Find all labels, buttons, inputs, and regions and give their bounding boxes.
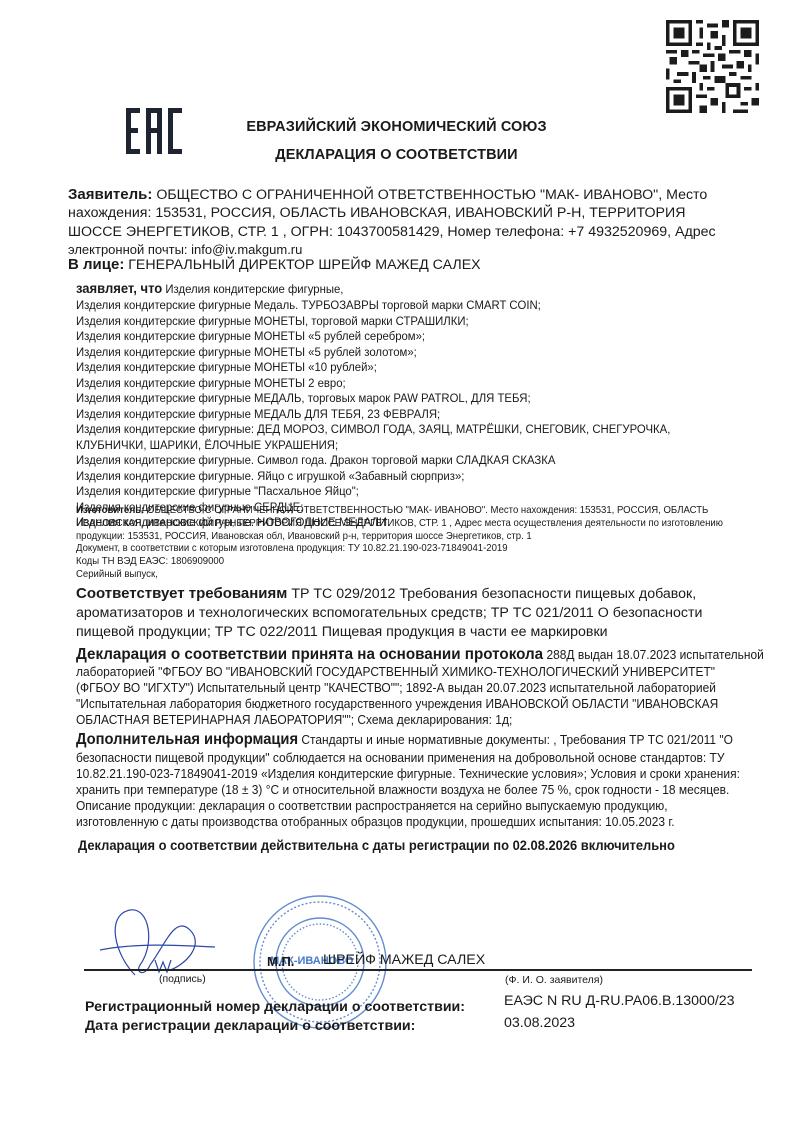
registration-date: 03.08.2023 <box>504 1015 575 1031</box>
signature-line <box>84 969 752 971</box>
seal-placeholder: М.П. <box>267 954 294 969</box>
declares-label: заявляет, что <box>76 280 162 296</box>
protocol-label: Декларация о соответствии принята на осн… <box>76 646 543 663</box>
product-item: Изделия кондитерские фигурные МОНЕТЫ «5 … <box>76 345 417 360</box>
manufacturer-document: Документ, в соответствии с которым изгот… <box>76 543 508 556</box>
compliance-label: Соответствует требованиям <box>76 585 287 602</box>
product-item: Изделия кондитерские фигурные: ДЕД МОРОЗ… <box>76 422 670 437</box>
product-item: Изделия кондитерские фигурные МОНЕТЫ, то… <box>76 314 469 329</box>
compliance-text: ТР ТС 029/2012 Требования безопасности п… <box>287 586 696 602</box>
product-item: Изделия кондитерские фигурные. Символ го… <box>76 453 555 468</box>
compliance-line: ароматизаторов и технологических вспомог… <box>76 604 702 624</box>
product-item: КЛУБНИЧКИ, ШАРИКИ, ЁЛОЧНЫЕ УКРАШЕНИЯ; <box>76 438 338 453</box>
signatory-name: ШРЕЙФ МАЖЕД САЛЕХ <box>323 952 485 968</box>
additional-line: безопасности пищевой продукции" соблюдае… <box>76 750 724 767</box>
product-item: Изделия кондитерские фигурные МОНЕТЫ «5 … <box>76 329 425 344</box>
manufacturer-text: ОБЩЕСТВО С ОГРАНИЧЕННОЙ ОТВЕТСТВЕННОСТЬЮ… <box>144 505 708 516</box>
document-title: ДЕКЛАРАЦИЯ О СООТВЕТСТВИИ <box>0 147 793 163</box>
product-item: Изделия кондитерские фигурные МЕДАЛЬ ДЛЯ… <box>76 407 440 422</box>
additional-text: Стандарты и иные нормативные документы: … <box>298 733 733 747</box>
person-text: ГЕНЕРАЛЬНЫЙ ДИРЕКТОР ШРЕЙФ МАЖЕД САЛЕХ <box>124 257 480 273</box>
product-item: Изделия кондитерские фигурные Медаль. ТУ… <box>76 298 541 313</box>
additional-line: 10.82.21.190-023-71849041-2019 «Изделия … <box>76 766 740 783</box>
registration-number-label: Регистрационный номер декларации о соотв… <box>85 999 465 1015</box>
union-heading: ЕВРАЗИЙСКИЙ ЭКОНОМИЧЕСКИЙ СОЮЗ <box>0 119 793 135</box>
protocol-line: "Испытательная лаборатория бюджетного го… <box>76 696 718 713</box>
protocol-line: (ФГБОУ ВО "ИГХТУ") Испытательный центр "… <box>76 680 716 697</box>
product-item: Изделия кондитерские фигурные МОНЕТЫ 2 е… <box>76 376 346 391</box>
product-item: Изделия кондитерские фигурные МЕДАЛЬ, то… <box>76 391 531 406</box>
person-label: В лице: <box>68 256 124 273</box>
protocol-line: лабораторией "ФГБОУ ВО "ИВАНОВСКИЙ ГОСУД… <box>76 664 715 681</box>
name-caption: (Ф. И. О. заявителя) <box>505 974 603 986</box>
additional-line: Описание продукции: декларация о соответ… <box>76 798 668 815</box>
applicant-line: нахождения: 153531, РОССИЯ, ОБЛАСТЬ ИВАН… <box>68 204 685 223</box>
additional-label: Дополнительная информация <box>76 731 298 748</box>
manufacturer-line: ИВАНОВСКАЯ, ИВАНОВСКИЙ Р-Н, ТЕРРИТОРИЯ Ш… <box>76 518 723 531</box>
additional-line: изготовленную с даты производства отобра… <box>76 814 675 831</box>
signature-caption: (подпись) <box>159 973 206 985</box>
qr-code <box>665 20 760 113</box>
additional-line: хранить при температуре (18 ± 3) °С и от… <box>76 782 729 799</box>
applicant-label: Заявитель: <box>68 186 152 203</box>
protocol-text: 288Д выдан 18.07.2023 испытательной <box>543 648 764 662</box>
product-item: Изделия кондитерские фигурные "Пасхально… <box>76 484 359 499</box>
applicant-text: ОБЩЕСТВО С ОГРАНИЧЕННОЙ ОТВЕТСТВЕННОСТЬЮ… <box>152 187 707 203</box>
product-item: Изделия кондитерские фигурные. Яйцо с иг… <box>76 469 464 484</box>
manufacturer-line: продукции: 153531, РОССИЯ, Ивановская об… <box>76 531 532 544</box>
validity-statement: Декларация о соответствии действительна … <box>78 838 675 855</box>
serial-release: Серийный выпуск, <box>76 569 158 582</box>
protocol-line: ОБЛАСТНАЯ ВЕТЕРИНАРНАЯ ЛАБОРАТОРИЯ""; Сх… <box>76 712 512 729</box>
manufacturer-label: Изготовитель: <box>76 505 144 516</box>
hs-code: Коды ТН ВЭД ЕАЭС: 1806909000 <box>76 556 224 569</box>
product-item: Изделия кондитерские фигурные, <box>162 282 343 296</box>
registration-date-label: Дата регистрации декларации о соответств… <box>85 1018 415 1034</box>
registration-number: ЕАЭС N RU Д-RU.PA06.B.13000/23 <box>504 993 735 1009</box>
compliance-line: пищевой продукции; ТР ТС 022/2011 Пищева… <box>76 623 608 643</box>
product-item: Изделия кондитерские фигурные МОНЕТЫ «10… <box>76 360 377 375</box>
